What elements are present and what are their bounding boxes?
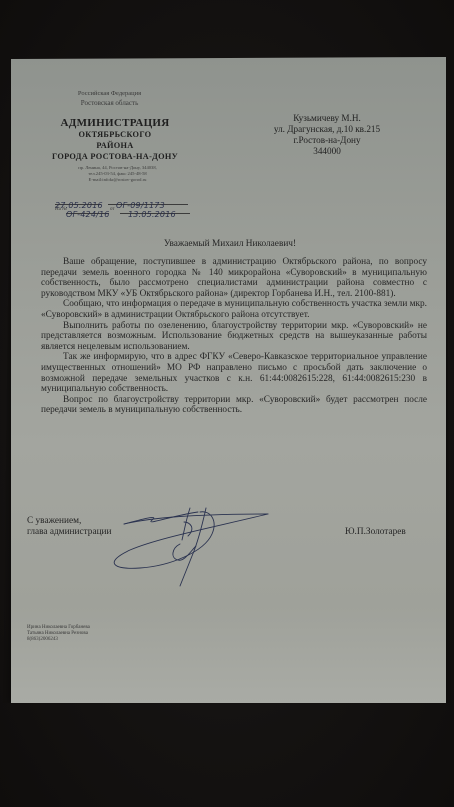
body-paragraph: Ваше обращение, поступившее в администра… [41,257,427,299]
incoming-number-field: ОГ-424/16 [66,204,109,214]
letter-body: Ваше обращение, поступившее в администра… [41,257,427,416]
letterhead-org-city: ГОРОДА РОСТОВА-НА-ДОНУ [35,152,195,161]
letterhead-org-raion: РАЙОНА [40,141,190,150]
body-paragraph: Сообщаю, что информация о передаче в мун… [41,299,427,320]
signature-icon [100,500,280,590]
letterhead-country: Российская Федерация [52,89,167,98]
closing-position: глава администрации [27,527,112,538]
executor-phone: 8(863)2006243 [27,637,58,643]
recipient-street: ул. Драгунская, д.10 кв.215 [262,124,392,135]
body-paragraph: Так же информирую, что в адрес ФГКУ «Сев… [41,352,427,394]
letterhead-org-district: ОКТЯБРЬСКОГО [40,130,190,139]
recipient-postcode: 344000 [262,146,392,157]
signer-name: Ю.П.Золотарев [345,527,406,538]
incoming-date: 13.05.2016 [128,210,176,219]
incoming-number: ОГ-424/16 [66,210,110,219]
salutation: Уважаемый Михаил Николаевич! [30,239,430,249]
letterhead-email: E-mail:infokr@rostov-gorod.ru [55,177,180,183]
letterhead-region: Ростовская область [52,99,167,108]
body-paragraph: Вопрос по благоустройству территории мкр… [41,395,427,416]
closing-regards: С уважением, [27,516,81,527]
recipient-city: г.Ростов-на-Дону [262,135,392,146]
letterhead-org-title: АДМИНИСТРАЦИЯ [40,117,190,129]
incoming-date-field: 13.05.2016 [120,204,190,214]
incoming-from-label: от [110,207,115,212]
recipient-name: Кузьмичеву М.Н. [262,113,392,124]
body-paragraph: Выполнить работы по озеленению, благоуст… [41,321,427,353]
